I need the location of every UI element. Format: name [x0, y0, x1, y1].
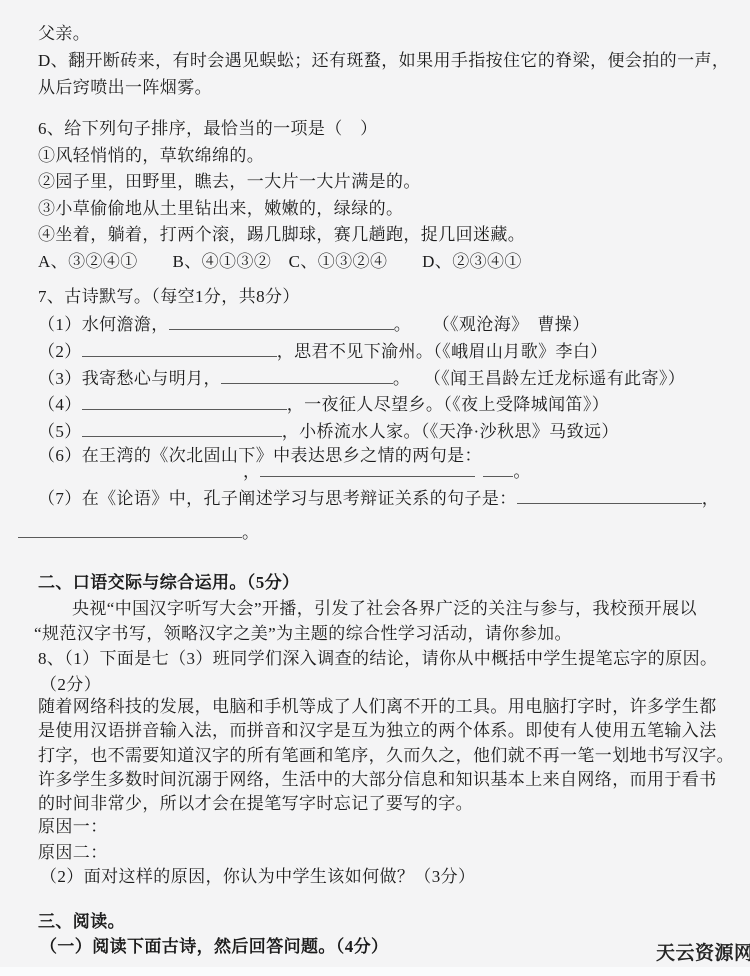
q7-item-1-pre: （1）水何澹澹，	[38, 315, 169, 334]
q7-item-7-blank	[517, 488, 702, 504]
q6-sentence-4: ④坐着，躺着，打两个滚，踢几脚球，赛几趟跑，捉几回迷藏。	[38, 226, 525, 244]
q8-part1-stem: 8、（1）下面是七（3）班同学们深入调查的结论，请你从中概括中学生提笔忘字的原因…	[38, 650, 717, 668]
site-watermark: 天云资源网	[656, 938, 750, 965]
q7-item-4: （4），一夜征人尽望乡。（《夜上受降城闻笛》）	[38, 394, 609, 414]
q8-passage-line-4: 许多学生多数时间沉溺于网络，生活中的大部分信息和知识基本上来自网络，而用于看书	[38, 771, 717, 789]
exam-paper-page: 父亲。 D、翻开断砖来，有时会遇见蜈蚣；还有斑蝥，如果用手指按住它的脊梁，便会拍…	[0, 0, 750, 976]
section3-heading: 三、阅读。	[38, 913, 125, 931]
q8-reason-1-label: 原因一：	[38, 818, 108, 836]
top-line-1: 父亲。	[38, 25, 90, 43]
q7-item-7-comma: ，	[702, 489, 719, 508]
q8-passage-line-3: 打字，也不需要知道汉字的所有笔画和笔序，久而久之，他们就不再一笔一划地书写汉字。	[38, 747, 734, 765]
q7-item-5-post: ，小桥流水人家。（《天净·沙秋思》马致远）	[282, 422, 619, 441]
q8-passage-line-5: 的时间非常少，所以才会在提笔写字时忘记了要写的字。	[38, 795, 473, 813]
q7-item-2: （2），思君不见下渝州。（《峨眉山月歌》李白）	[38, 341, 608, 361]
section2-intro-line-2: “规范汉字书写，领略汉字之美”为主题的综合性学习活动，请你参加。	[34, 625, 572, 643]
q7-item-7-period: 。	[242, 523, 259, 542]
q7-item-1-blank	[169, 314, 394, 330]
bottom-edge-strip	[0, 967, 750, 976]
q7-item-3-period: 。	[393, 369, 410, 388]
section2-intro-line-1: 央视“中国汉字听写大会”开播，引发了社会各界广泛的关注与参与，我校预开展以	[72, 600, 697, 618]
q7-item-6-answer-line: ，。	[243, 461, 531, 481]
q7-item-4-post: ，一夜征人尽望乡。（《夜上受降城闻笛》）	[287, 395, 610, 414]
q8-part1-points: （2分）	[40, 676, 101, 694]
q7-item-2-pre: （2）	[38, 342, 82, 361]
option-d-line-cont: 从后窍喷出一阵烟雾。	[38, 79, 212, 97]
q6-options: A、③②④① B、④①③② C、①③②④ D、②③④①	[38, 253, 522, 271]
q7-item-3-blank	[221, 368, 393, 384]
q7-stem: 7、古诗默写。（每空1分，共8分）	[38, 288, 300, 306]
q7-item-1-source: （《观沧海》 曹操）	[441, 315, 590, 334]
q6-sentence-2: ②园子里，田野里，瞧去，一大片一大片满是的。	[38, 173, 421, 191]
q7-item-7-answer-line: 。	[18, 522, 259, 542]
q7-item-5-pre: （5）	[38, 422, 82, 441]
q7-item-5-blank	[82, 421, 282, 437]
q7-item-5: （5），小桥流水人家。（《天净·沙秋思》马致远）	[38, 421, 619, 441]
section3-sub-heading: （一）阅读下面古诗，然后回答问题。（4分）	[40, 938, 388, 956]
q7-item-6-blank-short	[483, 461, 513, 477]
q8-reason-2-label: 原因二：	[38, 844, 108, 862]
q7-item-1-period: 。	[394, 315, 411, 334]
q6-sentence-1: ①风轻悄悄的，草软绵绵的。	[38, 147, 264, 165]
q6-stem: 6、给下列句子排序，最恰当的一项是（ ）	[38, 120, 378, 138]
q7-item-3-source: （《闻王昌龄左迁龙标遥有此寄》）	[432, 369, 685, 388]
q7-item-6-comma: ，	[243, 462, 260, 481]
q7-item-7-pre: （7）在《论语》中，孔子阐述学习与思考辩证关系的句子是：	[38, 489, 517, 508]
q7-item-3-pre: （3）我寄愁心与明月，	[38, 369, 221, 388]
section2-heading: 二、口语交际与综合运用。（5分）	[38, 574, 299, 592]
q7-item-2-post: ，思君不见下渝州。（《峨眉山月歌》李白）	[277, 342, 608, 361]
q7-item-7-blank-2	[18, 522, 242, 538]
q8-passage-line-1: 随着网络科技的发展，电脑和手机等成了人们离不开的工具。用电脑打字时，许多学生都	[38, 698, 717, 716]
q7-item-4-blank	[82, 394, 287, 410]
q7-item-2-blank	[82, 341, 277, 357]
option-d-line: D、翻开断砖来，有时会遇见蜈蚣；还有斑蝥，如果用手指按住它的脊梁，便会拍的一声，	[38, 52, 729, 70]
q7-item-3: （3）我寄愁心与明月，。（《闻王昌龄左迁龙标遥有此寄》）	[38, 368, 685, 388]
q8-part2-stem: （2）面对这样的原因，你认为中学生该如何做？（3分）	[40, 868, 475, 886]
q7-item-6-period: 。	[513, 462, 530, 481]
q7-item-4-pre: （4）	[38, 395, 82, 414]
q7-item-6-blank-long	[260, 461, 475, 477]
q8-passage-line-2: 是使用汉语拼音输入法，而拼音和汉字是互为独立的两个体系。即使有人使用五笔输入法	[38, 722, 717, 740]
q7-item-7: （7）在《论语》中，孔子阐述学习与思考辩证关系的句子是：，	[38, 488, 719, 508]
q7-item-1: （1）水何澹澹，。（《观沧海》 曹操）	[38, 314, 590, 334]
q6-sentence-3: ③小草偷偷地从土里钻出来，嫩嫩的，绿绿的。	[38, 200, 403, 218]
